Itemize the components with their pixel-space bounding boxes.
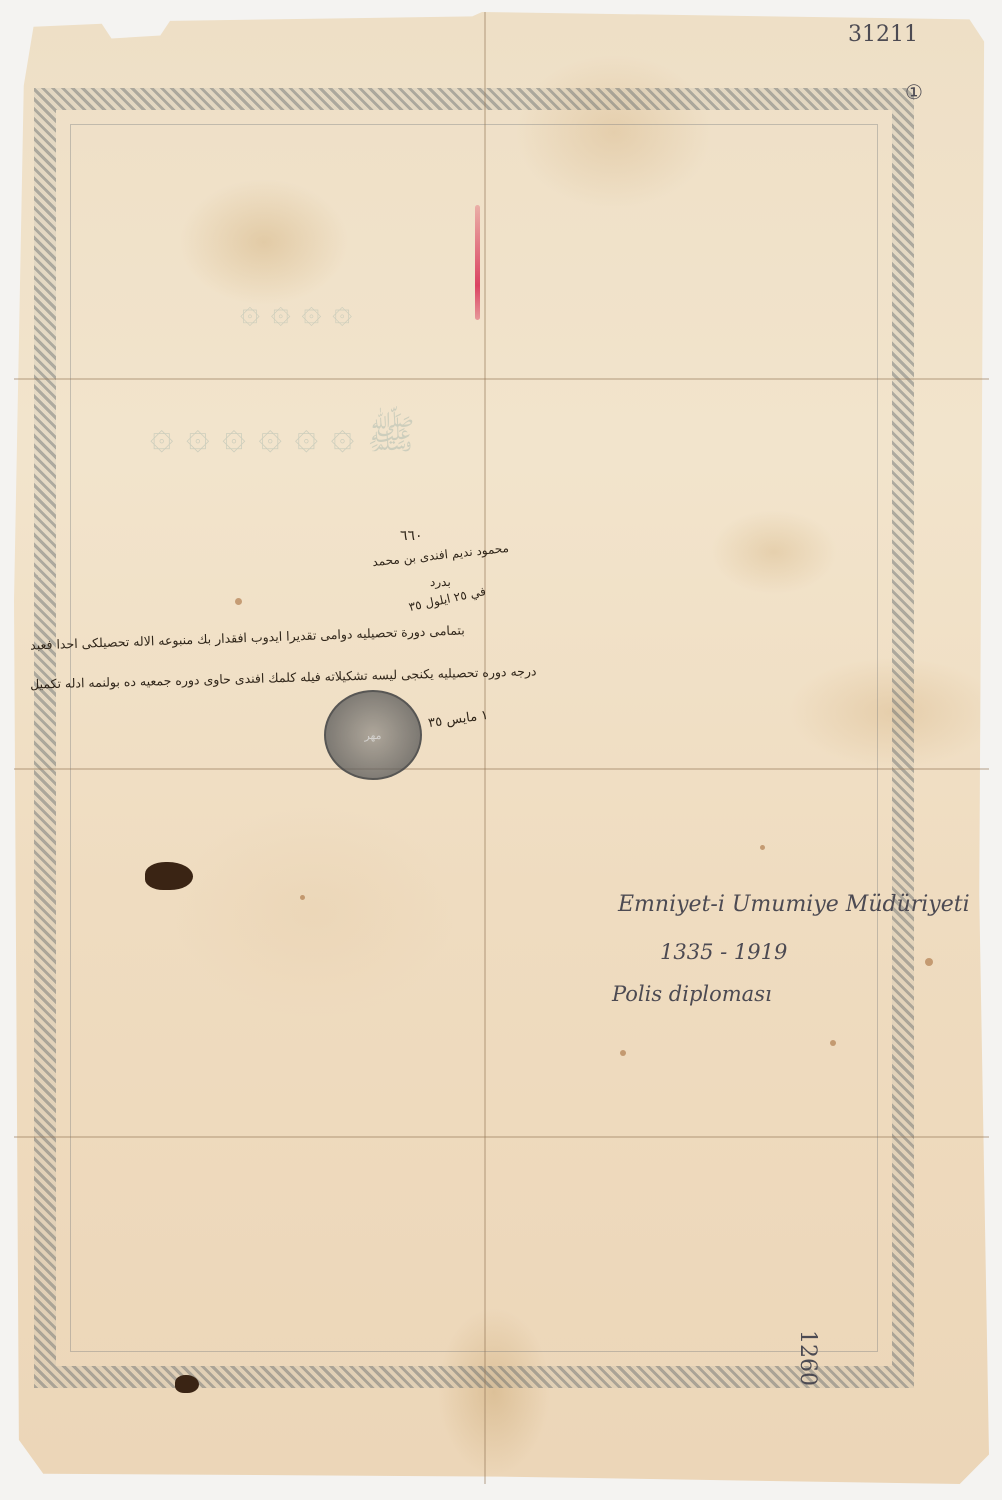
record-number: ٦٦٠ xyxy=(400,528,423,544)
horizontal-fold-line-3 xyxy=(14,1136,989,1138)
corner-stamp-mark: ① xyxy=(905,80,923,104)
pencil-annotation-line-2: 1335 - 1919 xyxy=(660,940,787,964)
side-number: 1260 xyxy=(795,1330,820,1386)
horizontal-fold-line-2 xyxy=(14,768,989,770)
foxing-spot xyxy=(235,598,242,605)
vertical-fold-line xyxy=(484,12,486,1484)
ink-blot xyxy=(175,1375,199,1393)
bleed-through-heading: ﷺ ۞ ۞ ۞ ۞ ۞ ۞ xyxy=(150,410,415,468)
foxing-spot xyxy=(925,958,933,966)
foxing-spot xyxy=(830,1040,836,1046)
horizontal-fold-line-1 xyxy=(14,378,989,380)
pencil-annotation-line-1: Emniyet-i Umumiye Müdüriyeti xyxy=(618,892,970,917)
archive-number: 31211 xyxy=(848,22,918,47)
handwriting-line-2: بدرد xyxy=(430,575,451,589)
inner-frame xyxy=(70,124,878,1352)
foxing-spot xyxy=(760,845,765,850)
red-ink-mark xyxy=(475,205,480,320)
seal-text: مهر xyxy=(364,729,381,742)
foxing-spot xyxy=(300,895,305,900)
foxing-spot xyxy=(620,1050,626,1056)
pencil-annotation-line-3: Polis diploması xyxy=(612,982,772,1006)
official-seal: مهر xyxy=(324,690,422,780)
bleed-through-title: ۞ ۞ ۞ ۞ xyxy=(240,290,352,331)
ink-blot xyxy=(145,862,193,890)
